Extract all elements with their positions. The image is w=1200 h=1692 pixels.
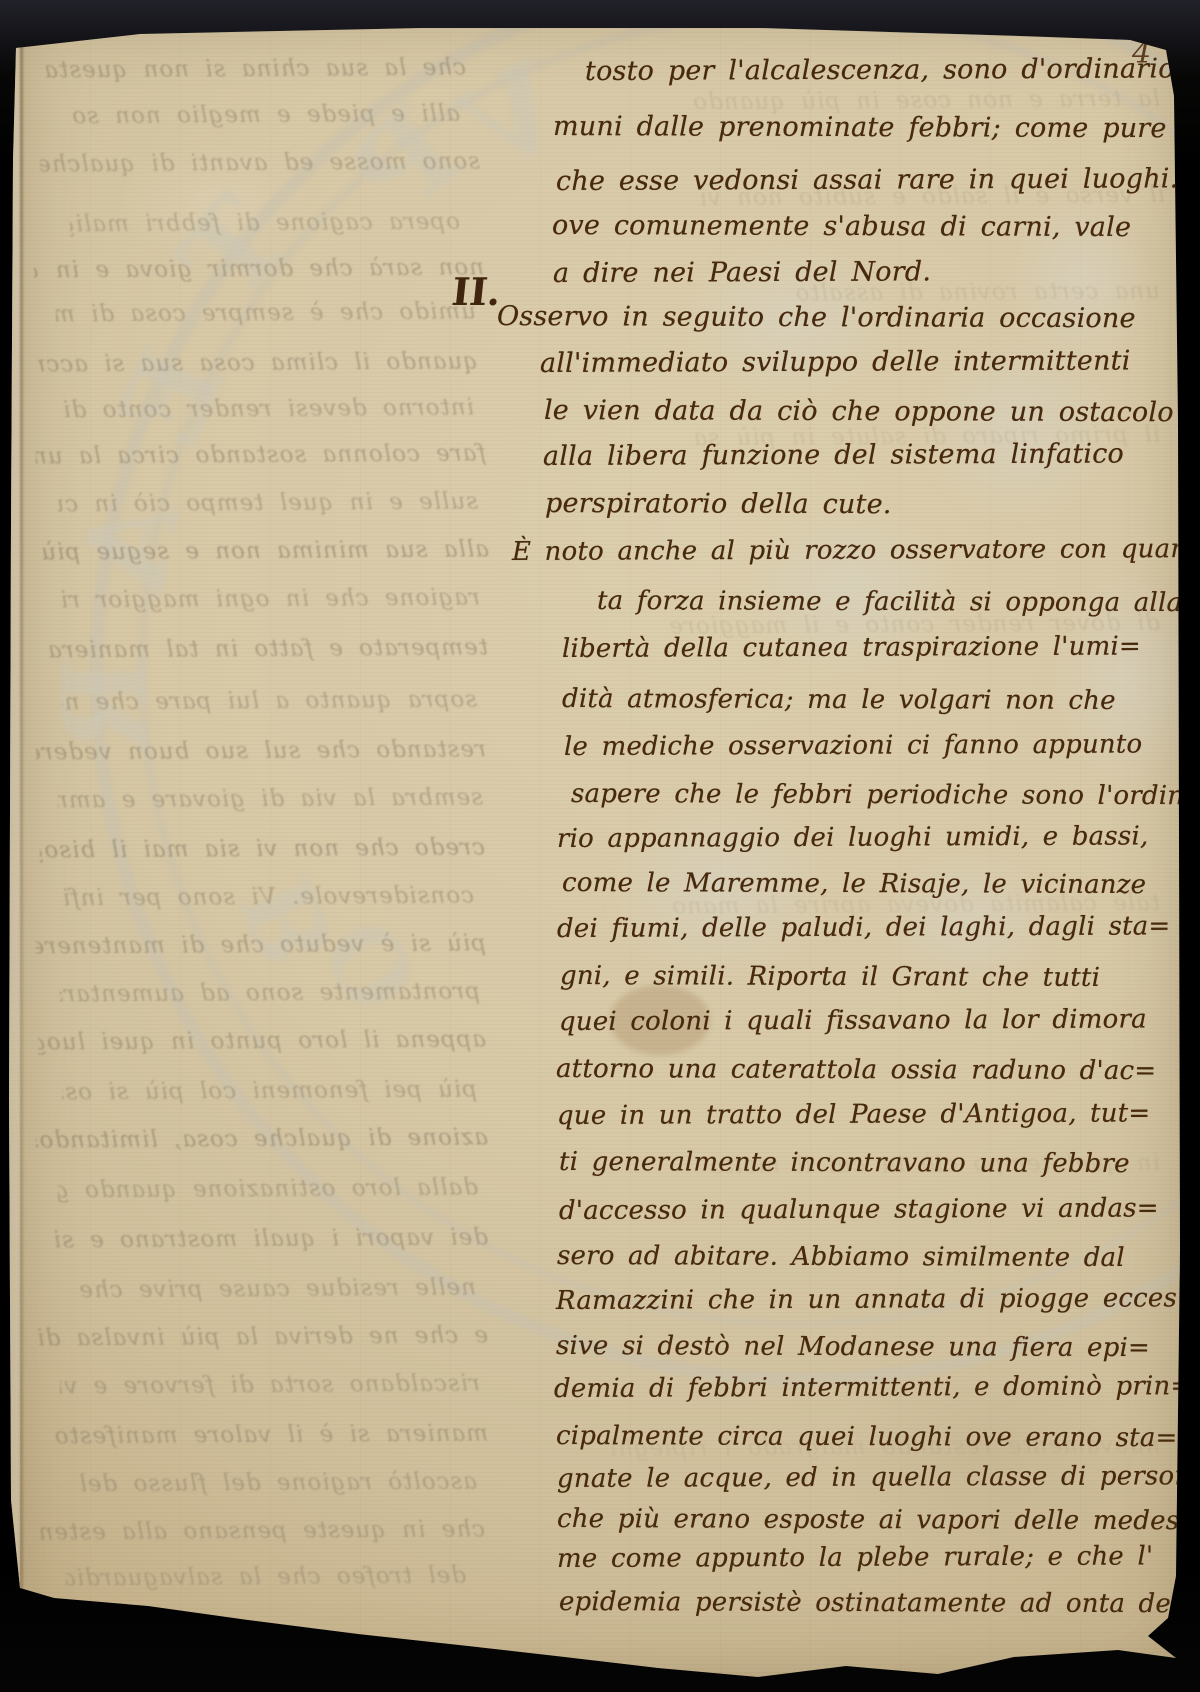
manuscript-text: tosto per l'alcalescenza, sono d'ordinar…	[0, 0, 1200, 1692]
manuscript-line: rio appannaggio dei luoghi umidi, e bass…	[557, 821, 1149, 854]
manuscript-line: gni, e simili. Riporta il Grant che tutt…	[560, 961, 1100, 993]
manuscript-line: sero ad abitare. Abbiamo similmente dal	[557, 1241, 1125, 1273]
manuscript-line: ove comunemente s'abusa di carni, vale	[552, 211, 1131, 243]
manuscript-line: dità atmosferica; ma le volgari non che	[562, 684, 1116, 716]
manuscript-line: cipalmente circa quei luoghi ove erano s…	[556, 1421, 1178, 1453]
manuscript-line: alla libera funzione del sistema linfati…	[543, 439, 1124, 472]
manuscript-line: sapere che le febbri periodiche sono l'o…	[571, 779, 1200, 811]
manuscript-line: È noto anche al più rozzo osservatore co…	[512, 534, 1200, 567]
manuscript-line: ta forza insieme e facilità si opponga a…	[597, 586, 1182, 618]
manuscript-line: che più erano esposte ai vapori delle me…	[557, 1504, 1200, 1536]
manuscript-line: tosto per l'alcalescenza, sono d'ordinar…	[585, 54, 1200, 87]
manuscript-line: sive si destò nel Modanese una fiera epi…	[556, 1331, 1150, 1363]
manuscript-line: ti generalmente incontravano una febbre	[559, 1147, 1130, 1179]
manuscript-line: che esse vedonsi assai rare in quei luog…	[556, 164, 1179, 197]
manuscript-line: perspiratorio della cute.	[545, 489, 892, 520]
manuscript-photo: V P T E A R B O che la sua china si non …	[0, 0, 1200, 1692]
manuscript-line: le vien data da ciò che oppone un ostaco…	[544, 396, 1174, 428]
manuscript-line: come le Maremme, le Risaje, le vicinanze	[562, 868, 1146, 900]
manuscript-line: que in un tratto del Paese d'Antigoa, tu…	[557, 1098, 1151, 1131]
manuscript-line: a dire nei Paesi del Nord.	[553, 257, 931, 289]
manuscript-page: V P T E A R B O che la sua china si non …	[0, 0, 1200, 1692]
page-number: 4	[1132, 38, 1151, 70]
manuscript-line: Ramazzini che in un annata di piogge ecc…	[556, 1283, 1199, 1316]
manuscript-line: quei coloni i quali fissavano la lor dim…	[559, 1004, 1147, 1037]
manuscript-line: all'immediato sviluppo delle intermitten…	[540, 346, 1131, 379]
manuscript-line: attorno una caterattola ossia raduno d'a…	[556, 1054, 1156, 1086]
manuscript-line: Osservo in seguito che l'ordinaria occas…	[497, 302, 1136, 334]
manuscript-line: demia di febbri intermittenti, e dominò …	[554, 1371, 1193, 1404]
section-marker: II.	[450, 272, 503, 312]
manuscript-line: epidemia persistè ostinatamente ad onta …	[559, 1587, 1200, 1619]
manuscript-line: gnate le acque, ed in quella classe di p…	[557, 1461, 1200, 1494]
manuscript-line: le mediche osservazioni ci fanno appunto	[564, 729, 1142, 762]
manuscript-line: d'accesso in qualunque stagione vi andas…	[559, 1193, 1159, 1226]
manuscript-line: me come appunto la plebe rurale; e che l…	[557, 1541, 1153, 1574]
manuscript-line: libertà della cutanea traspirazione l'um…	[562, 631, 1141, 664]
manuscript-line: muni dalle prenominate febbri; come pure	[553, 112, 1167, 144]
manuscript-line: dei fiumi, delle paludi, dei laghi, dagl…	[557, 911, 1171, 944]
